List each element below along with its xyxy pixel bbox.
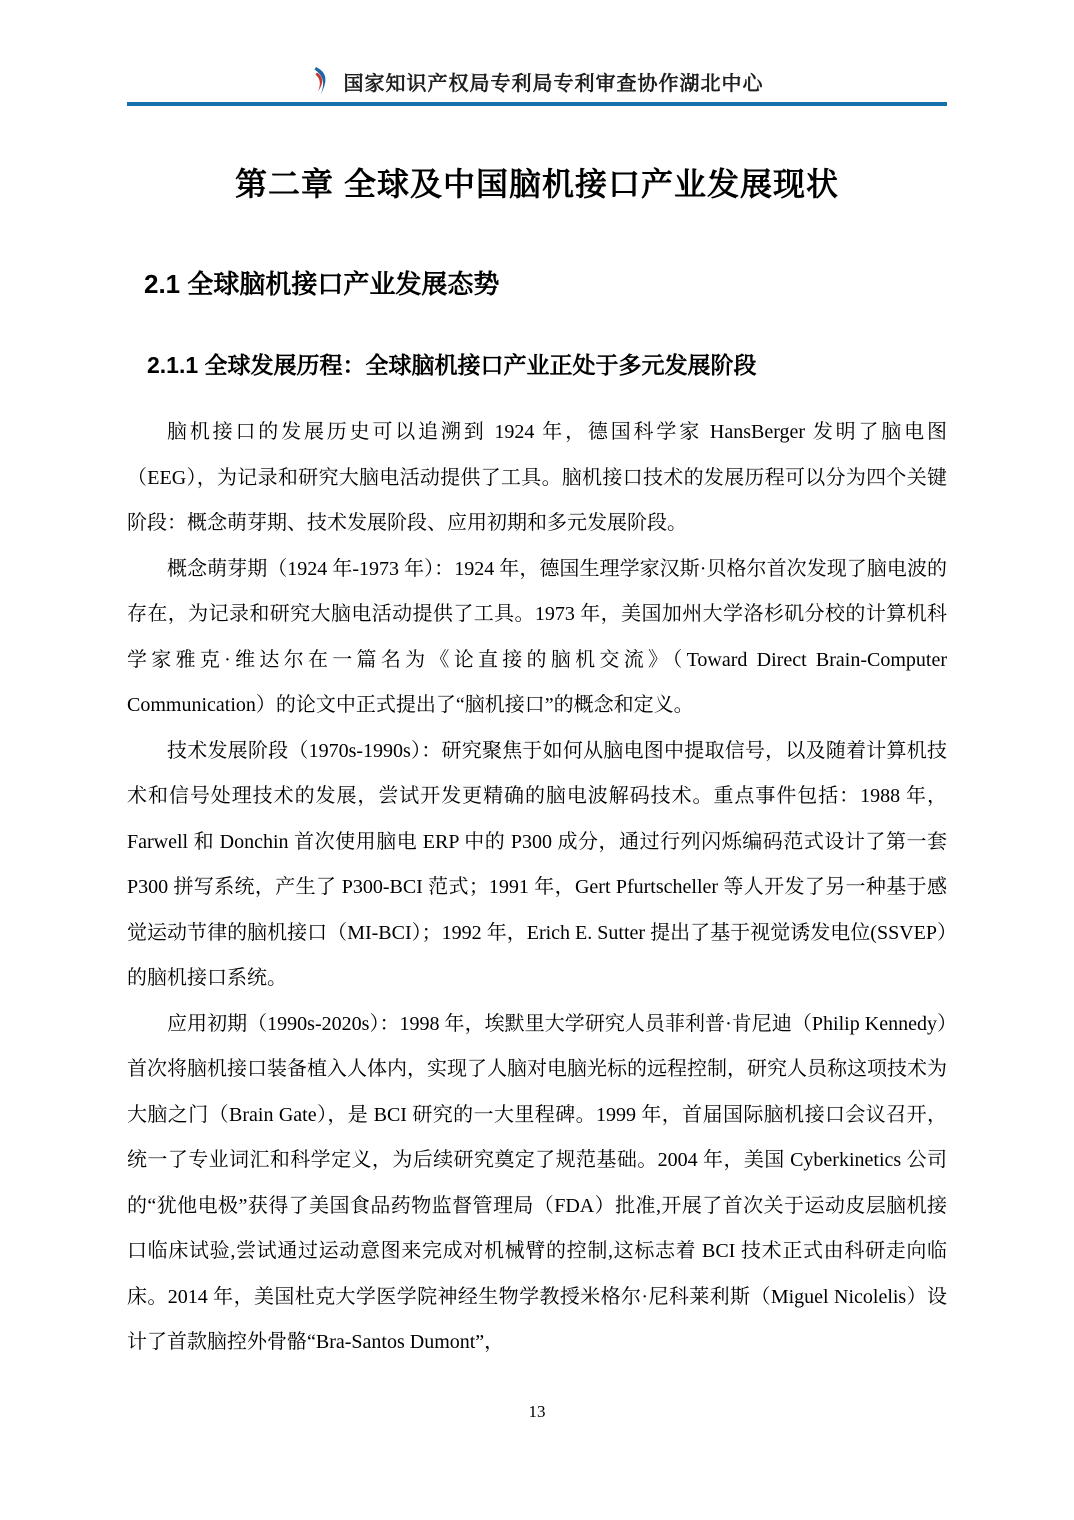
org-logo-swoosh-icon <box>311 66 332 96</box>
document-page: 国家知识产权局专利局专利审查协作湖北中心 第二章 全球及中国脑机接口产业发展现状… <box>0 0 1074 1520</box>
section-title: 2.1 全球脑机接口产业发展态势 <box>144 268 947 300</box>
body-paragraph: 应用初期（1990s-2020s）：1998 年，埃默里大学研究人员菲利普·肯尼… <box>127 1002 947 1366</box>
body-paragraph: 技术发展阶段（1970s-1990s）：研究聚焦于如何从脑电图中提取信号，以及随… <box>127 729 947 1002</box>
body-paragraph: 脑机接口的发展历史可以追溯到 1924 年，德国科学家 HansBerger 发… <box>127 410 947 547</box>
header-org-name: 国家知识产权局专利局专利审查协作湖北中心 <box>344 67 764 96</box>
page-number: 13 <box>0 1402 1074 1422</box>
subsection-title: 2.1.1 全球发展历程：全球脑机接口产业正处于多元发展阶段 <box>147 350 947 380</box>
chapter-title: 第二章 全球及中国脑机接口产业发展现状 <box>127 164 947 204</box>
page-header: 国家知识产权局专利局专利审查协作湖北中心 <box>127 0 947 106</box>
body-text: 脑机接口的发展历史可以追溯到 1924 年，德国科学家 HansBerger 发… <box>127 410 947 1366</box>
body-paragraph: 概念萌芽期（1924 年-1973 年）：1924 年，德国生理学家汉斯·贝格尔… <box>127 547 947 729</box>
document-body: 第二章 全球及中国脑机接口产业发展现状 2.1 全球脑机接口产业发展态势 2.1… <box>127 164 947 1366</box>
header-brand-row: 国家知识产权局专利局专利审查协作湖北中心 <box>127 66 947 102</box>
